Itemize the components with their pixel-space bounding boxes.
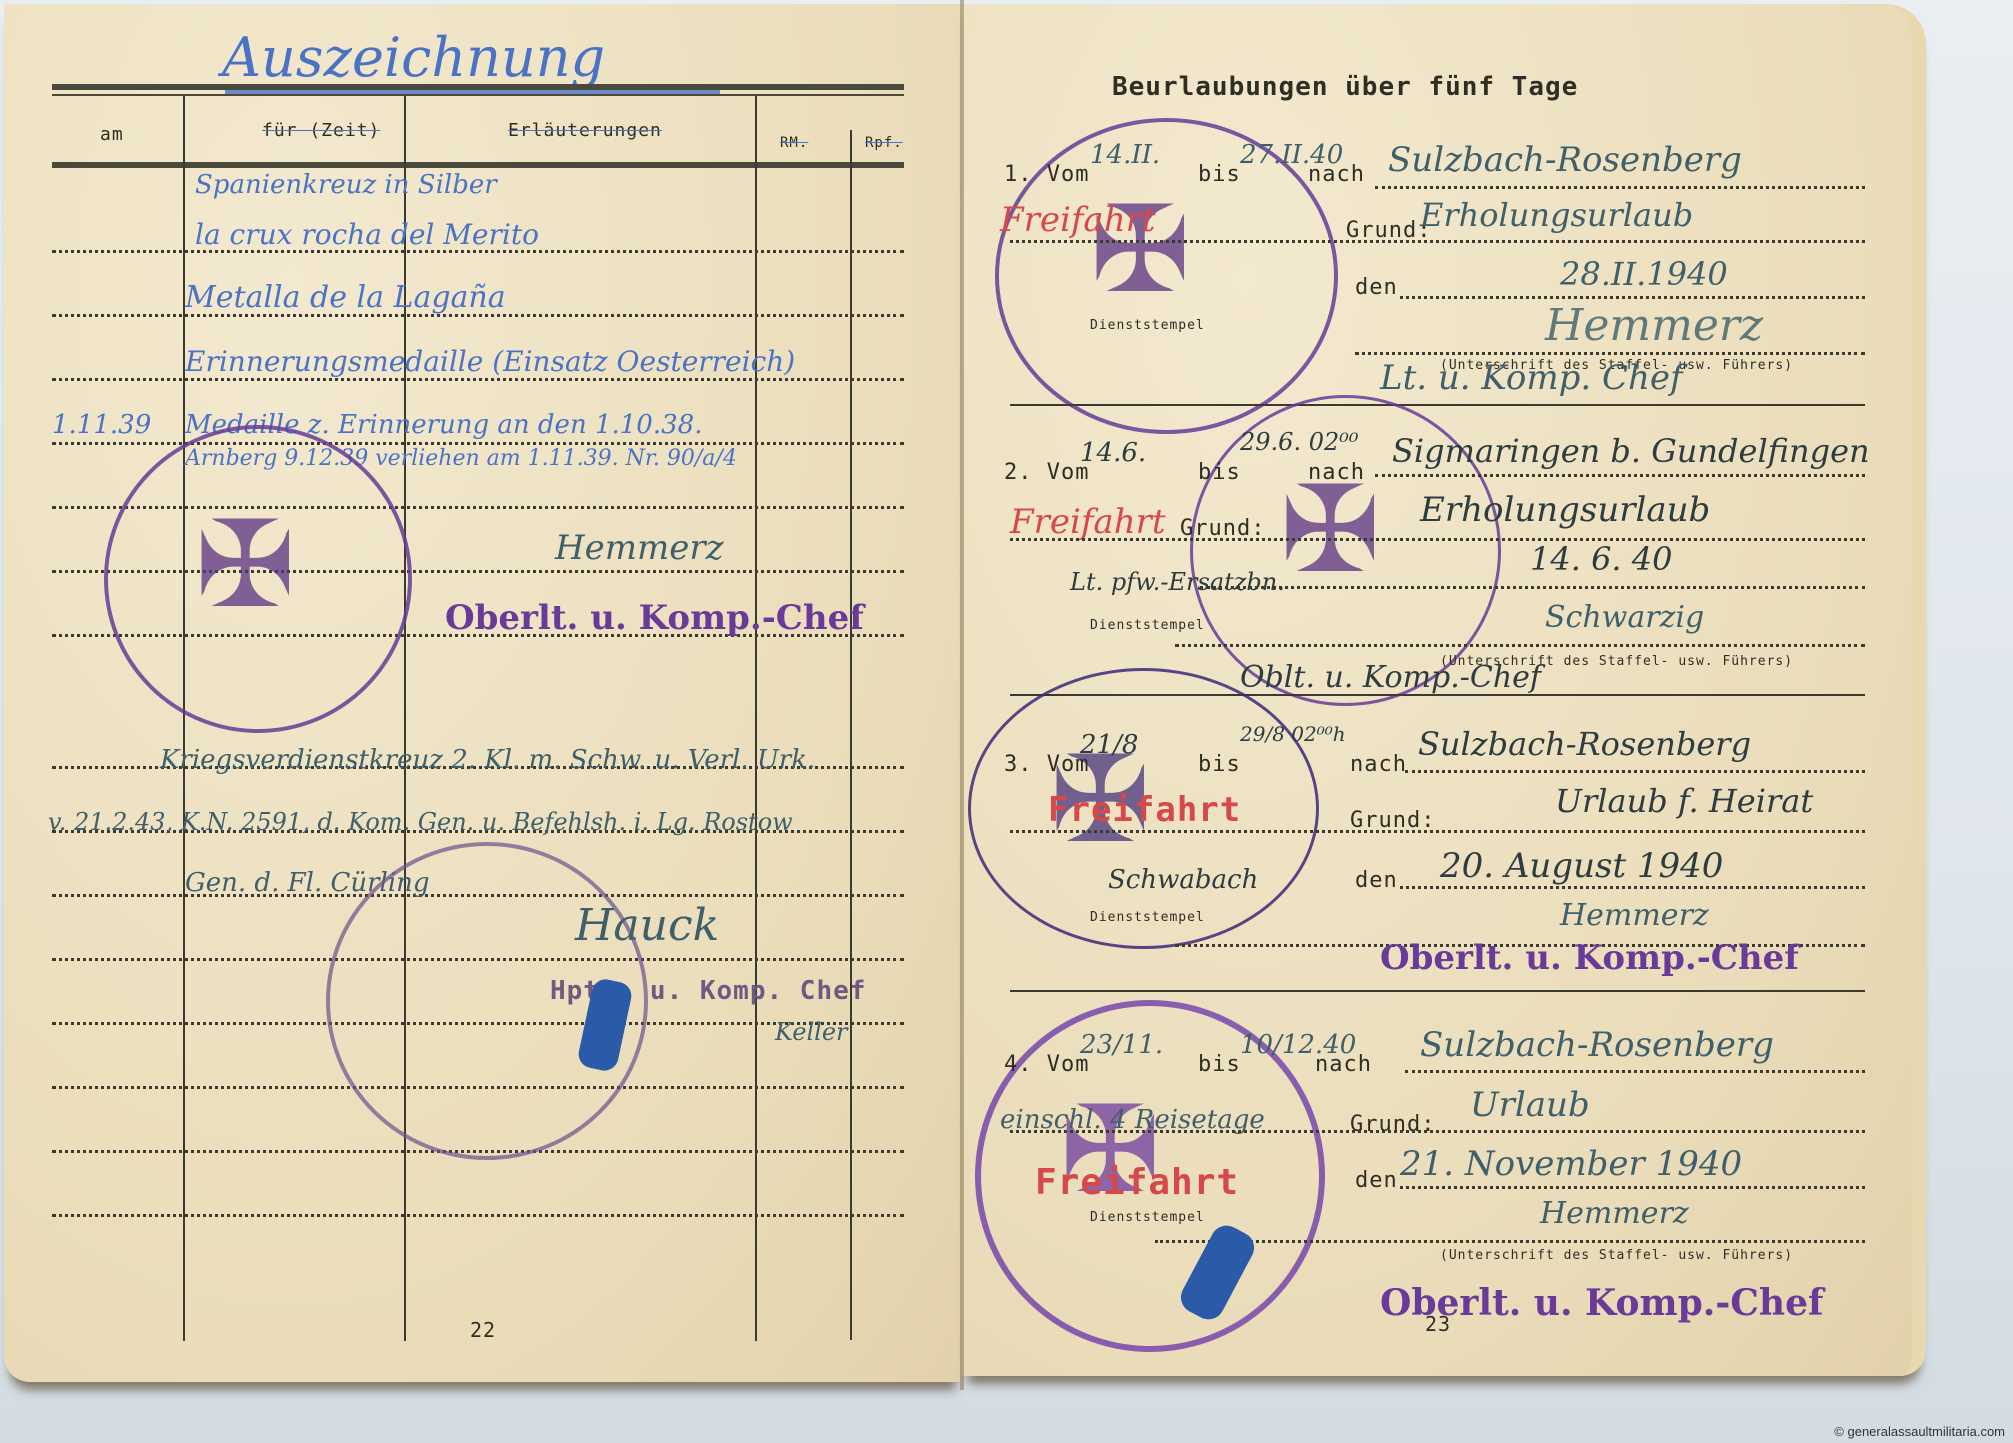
freifahrt-note: Freifahrt: [1010, 502, 1166, 542]
leave-from: 14.6.: [1080, 438, 1146, 468]
leave-from: 23/11.: [1080, 1030, 1163, 1060]
col-header-am: am: [100, 124, 124, 145]
signer-title: Oblt. u. Komp.-Chef: [1240, 660, 1541, 695]
leave-issue-date: 20. August 1940: [1440, 846, 1723, 886]
field-line: [1010, 538, 1865, 541]
left-page: [4, 4, 962, 1382]
award-entry: Spanienkreuz in Silber: [195, 170, 497, 200]
grund-label: Grund:: [1350, 1112, 1435, 1137]
signature-caption: (Unterschrift des Staffel- usw. Führers): [1440, 1248, 1793, 1263]
award-entry-line: Kriegsverdienstkreuz 2. Kl. m. Schw. u. …: [160, 745, 815, 775]
leave-reason: Erholungsurlaub: [1420, 196, 1693, 234]
field-line: [1375, 474, 1865, 477]
eagle-stamp-icon: ✠: [1280, 470, 1381, 590]
field-line: [1010, 240, 1865, 243]
leave-to: 29/8 02⁰⁰h: [1240, 722, 1346, 746]
dienststempel-label: Dienststempel: [1090, 910, 1205, 925]
signer-title: Lt. u. Komp. Chef: [1380, 358, 1683, 398]
field-line: [1400, 296, 1865, 299]
leave-destination: Sulzbach-Rosenberg: [1388, 140, 1742, 180]
dienststempel-label: Dienststempel: [1090, 1210, 1205, 1225]
field-line: [1375, 186, 1865, 189]
award-entry: la crux rocha del Merito: [195, 218, 539, 251]
dienststempel-label: Dienststempel: [1090, 618, 1205, 633]
signature: Keller: [775, 1018, 848, 1046]
signature: Hemmerz: [555, 528, 724, 568]
bis-label: bis: [1198, 1052, 1241, 1077]
col-divider: [850, 130, 852, 1340]
leave-issue-date: 28.II.1940: [1560, 255, 1728, 293]
field-line: [1355, 352, 1865, 355]
dienststempel-label: Dienststempel: [1090, 318, 1205, 333]
leave-issue-date: 21. November 1940: [1400, 1144, 1742, 1184]
field-line: [1405, 770, 1865, 773]
field-line: [1010, 1130, 1865, 1133]
col-header-fur-zeit: für (Zeit): [262, 120, 380, 141]
field-line: [1175, 644, 1865, 647]
header-rule-top: [52, 84, 904, 90]
col-header-rm: RM.: [780, 135, 808, 151]
nach-label: nach: [1350, 752, 1407, 777]
freifahrt-stamp: Freifahrt: [1048, 790, 1241, 830]
leave-destination: Sulzbach-Rosenberg: [1418, 725, 1751, 763]
header-rule-bottom: [52, 162, 904, 168]
row-line: [52, 1214, 904, 1217]
bis-label: bis: [1198, 460, 1241, 485]
row-line: [52, 442, 904, 445]
nach-label: nach: [1308, 460, 1365, 485]
entry-number: 1.: [1004, 162, 1033, 187]
field-line: [1155, 1240, 1865, 1243]
freifahrt-note: Freifahrt: [1000, 200, 1156, 240]
left-page-title: Auszeichnung: [222, 26, 605, 89]
award-entry-line: v. 21.2.43, K.N. 2591, d. Kom. Gen. u. B…: [48, 808, 793, 836]
leave-issue-date: 14. 6. 40: [1530, 540, 1672, 578]
vom-label: Vom: [1047, 162, 1090, 187]
col-header-rpf: Rpf.: [865, 135, 903, 151]
den-label: den: [1355, 1168, 1398, 1193]
section-rule: [1010, 990, 1865, 992]
signature: Hauck: [575, 900, 719, 951]
book-spine: [960, 0, 964, 1390]
freifahrt-stamp: Freifahrt: [1035, 1162, 1239, 1203]
unit-note: Lt. pfw.-Ersatzbn.: [1070, 568, 1285, 596]
copyright-watermark: © generalassaultmilitaria.com: [1834, 1424, 2005, 1439]
signature: Hemmerz: [1545, 300, 1763, 351]
entry-number: 3.: [1004, 752, 1033, 777]
right-page-title: Beurlaubungen über fünf Tage: [1112, 72, 1578, 102]
header-rule-second: [52, 94, 904, 96]
page-number: 23: [1425, 1312, 1451, 1336]
leave-from: 21/8: [1080, 730, 1138, 760]
col-divider: [755, 96, 757, 1341]
leave-destination: Sulzbach-Rosenberg: [1420, 1025, 1774, 1065]
row-line: [52, 378, 904, 381]
signature: Hemmerz: [1540, 1196, 1689, 1231]
bis-label: bis: [1198, 162, 1241, 187]
bis-label: bis: [1198, 752, 1241, 777]
section-rule: [1010, 404, 1865, 406]
field-line: [1405, 1070, 1865, 1073]
nach-label: nach: [1315, 1052, 1372, 1077]
signature: Hemmerz: [1560, 898, 1709, 933]
award-entry: Erinnerungsmedaille (Einsatz Oesterreich…: [185, 345, 795, 378]
field-line: [1400, 1186, 1865, 1189]
den-label: den: [1355, 275, 1398, 300]
leave-reason: Urlaub f. Heirat: [1555, 782, 1813, 820]
signature: Schwarzig: [1545, 600, 1704, 635]
nach-label: nach: [1308, 162, 1365, 187]
issue-place: Schwabach: [1108, 865, 1258, 895]
rank-stamp: Oberlt. u. Komp.-Chef: [445, 598, 864, 638]
leave-to: 29.6. 02⁰⁰: [1240, 428, 1358, 456]
entry-number: 4.: [1004, 1052, 1033, 1077]
rank-stamp: Oberlt. u. Komp.-Chef: [1380, 938, 1799, 978]
den-label: den: [1355, 868, 1398, 893]
eagle-stamp-icon: ✠: [195, 505, 296, 625]
field-line: [1200, 586, 1865, 589]
leave-from: 14.II.: [1090, 140, 1160, 170]
award-date: 1.11.39: [52, 410, 151, 440]
entry-number: 2.: [1004, 460, 1033, 485]
award-entry: Metalla de la Lagaña: [185, 280, 506, 315]
field-line: [1010, 830, 1865, 833]
col-header-erlauterungen: Erläuterungen: [508, 120, 662, 141]
leave-destination: Sigmaringen b. Gundelfingen: [1392, 432, 1870, 470]
page-number: 22: [470, 1318, 496, 1342]
leave-reason: Urlaub: [1470, 1085, 1590, 1125]
leave-reason: Erholungsurlaub: [1420, 490, 1710, 530]
field-line: [1400, 886, 1865, 889]
